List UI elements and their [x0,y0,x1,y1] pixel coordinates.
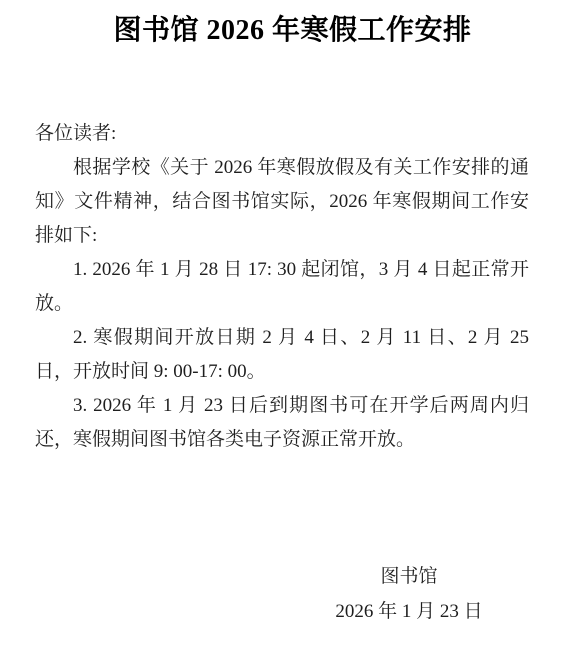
document-body: 各位读者: 根据学校《关于 2026 年寒假放假及有关工作安排的通知》文件精神，… [35,117,529,457]
list-item-2-open-dates: 2. 寒假期间开放日期 2 月 4 日、2 月 11 日、2 月 25 日，开放… [35,321,529,389]
signature-date: 2026 年 1 月 23 日 [259,594,559,629]
salutation-line: 各位读者: [35,117,529,151]
list-item-3-book-return: 3. 2026 年 1 月 23 日后到期图书可在开学后两周内归还，寒假期间图书… [35,389,529,457]
document-title: 图书馆 2026 年寒假工作安排 [0,12,585,50]
signature-block: 图书馆 2026 年 1 月 23 日 [259,559,559,629]
intro-paragraph: 根据学校《关于 2026 年寒假放假及有关工作安排的通知》文件精神，结合图书馆实… [35,151,529,253]
notice-document-page: 图书馆 2026 年寒假工作安排 各位读者: 根据学校《关于 2026 年寒假放… [0,0,585,649]
signature-name: 图书馆 [259,559,559,594]
list-item-1-closing-dates: 1. 2026 年 1 月 28 日 17: 30 起闭馆，3 月 4 日起正常… [35,253,529,321]
